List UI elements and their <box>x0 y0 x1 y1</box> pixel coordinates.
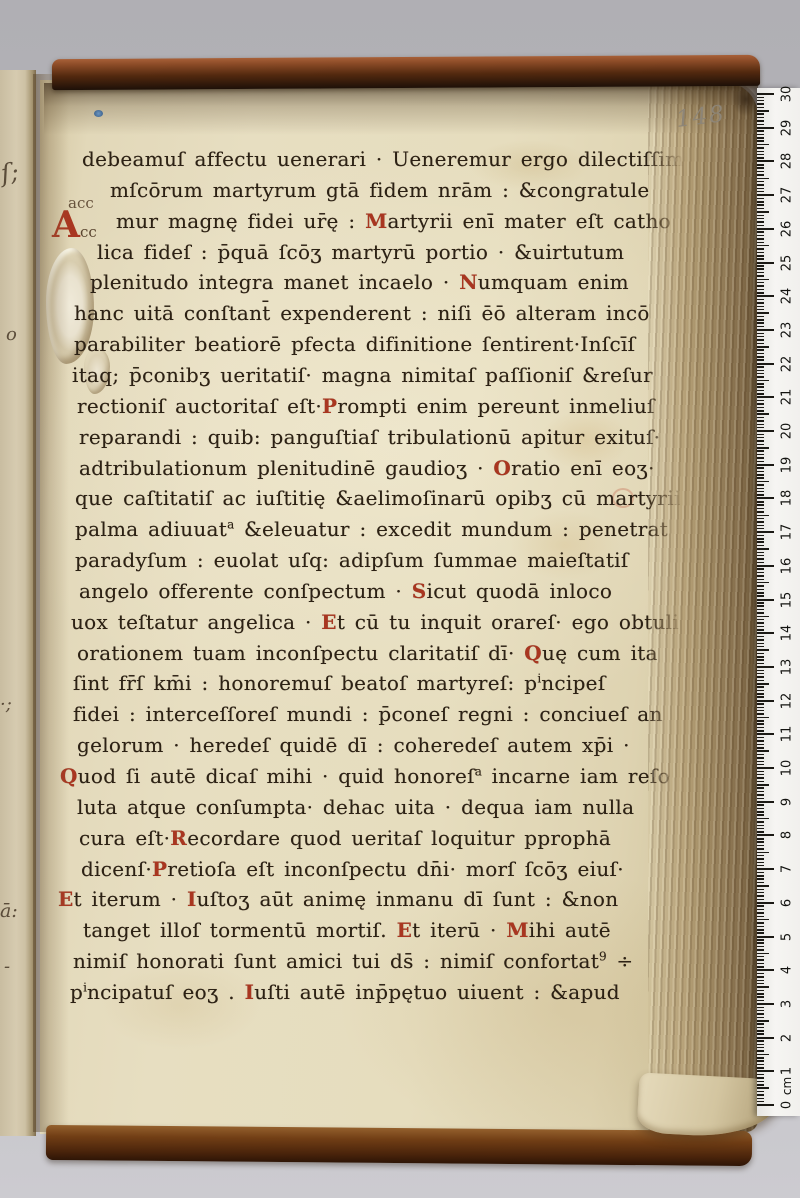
text-segment: paradyſum : euolat uſq: adipſum ſummae m… <box>75 548 629 572</box>
ruler-tick <box>757 130 764 132</box>
ruler-tick <box>757 916 764 918</box>
ruler-tick <box>757 646 764 648</box>
ruler-tick <box>757 319 764 321</box>
ruler-tick <box>757 272 764 274</box>
ruler-tick <box>757 184 764 186</box>
ruler-tick <box>757 1091 764 1093</box>
ruler-number: 5 <box>780 932 795 940</box>
ruler-tick <box>757 1094 764 1096</box>
ruler-tick <box>757 1098 764 1100</box>
ruler-tick <box>757 771 764 773</box>
ruler-tick <box>757 649 769 651</box>
ruler-tick <box>757 403 764 405</box>
ruler-tick <box>757 629 764 631</box>
ruler-tick <box>757 612 764 614</box>
ruler-tick <box>757 932 764 934</box>
ruler-tick <box>757 541 764 543</box>
ruler-tick <box>757 1007 764 1009</box>
manuscript-line-2: mſcōrum martyrum gtā fidem nrām : &congr… <box>110 178 649 202</box>
manuscript-line-26: tanget illoſ tormentū mortiſ. Et iterū ·… <box>83 918 611 942</box>
ruler-tick <box>757 798 764 800</box>
ruler-number: 20 <box>780 423 795 440</box>
ruler-tick <box>757 147 764 149</box>
rubric-initial: I <box>187 887 197 911</box>
ruler-tick <box>757 390 764 392</box>
ruler-tick <box>757 201 764 203</box>
ruler-tick <box>757 157 764 159</box>
ruler-tick <box>757 825 764 827</box>
ruler-number: 7 <box>780 865 795 873</box>
text-segment: uod ſi autē dicaſ mihi · quid honoreſ <box>78 764 475 788</box>
ruler-tick <box>757 386 764 388</box>
ruler-tick <box>757 643 764 645</box>
ruler-tick <box>757 973 764 975</box>
ruler-tick <box>757 804 764 806</box>
ruler-tick <box>757 653 764 655</box>
ruler-tick <box>757 1010 764 1012</box>
ruler-tick <box>757 248 764 250</box>
ruler-tick <box>757 750 769 752</box>
ruler-number: 28 <box>780 153 795 170</box>
measuring-ruler: 0123456789101112131415161718192021222324… <box>757 88 800 1116</box>
ruler-tick <box>757 1104 774 1106</box>
ruler-tick <box>757 595 764 597</box>
ruler-tick <box>757 639 764 641</box>
ruler-tick <box>757 602 764 604</box>
ruler-tick <box>757 339 764 341</box>
text-segment: hanc uitā conſtant̄ expenderent : niſi ē… <box>74 301 650 325</box>
ruler-tick <box>757 117 764 119</box>
ruler-tick <box>757 1060 764 1062</box>
ruler-tick <box>757 909 764 911</box>
ruler-tick <box>757 781 764 783</box>
ruler-tick <box>757 953 769 955</box>
ruler-tick <box>757 312 769 314</box>
ruler-tick <box>757 127 774 129</box>
ruler-tick <box>757 787 764 789</box>
ruler-tick <box>757 225 764 227</box>
ruler-tick <box>757 926 764 928</box>
ruler-tick <box>757 245 769 247</box>
ruler-tick <box>757 626 764 628</box>
rubric-initial: P <box>322 394 337 418</box>
ruler-tick <box>757 477 764 479</box>
ruler-tick <box>757 268 764 270</box>
text-segment: itaq; p̄conibʒ ueritatiſ· magna nimitaſ … <box>72 363 653 387</box>
ruler-tick <box>757 723 764 725</box>
ruler-tick <box>757 1084 764 1086</box>
ruler-tick <box>757 1040 764 1042</box>
ruler-tick <box>757 882 764 884</box>
text-segment: ncipeſ <box>541 671 605 695</box>
manuscript-line-7: parabiliter beatiorē pfecta difinitione … <box>74 332 635 356</box>
manuscript-line-11: adtribulationum plenitudinē gaudioʒ · Or… <box>79 456 655 480</box>
ruler-number: 6 <box>780 899 795 907</box>
ruler-tick <box>757 862 764 864</box>
ruler-tick <box>757 939 764 941</box>
ruler-tick <box>757 343 764 345</box>
ruler-tick <box>757 454 764 456</box>
ruler-tick <box>757 686 764 688</box>
ruler-tick <box>757 393 764 395</box>
ruler-tick <box>757 636 764 638</box>
ruler-tick <box>757 841 764 843</box>
ruler-tick <box>757 834 774 836</box>
gutter-shadow <box>33 74 69 1132</box>
ruler-tick <box>757 97 764 99</box>
ruler-tick <box>757 484 764 486</box>
ruler-tick <box>757 818 769 820</box>
ruler-tick <box>757 174 764 176</box>
manuscript-line-19: fidei : interceſſoreſ mundi : p̄coneſ re… <box>73 702 663 726</box>
ruler-tick <box>757 545 764 547</box>
ruler-tick <box>757 467 764 469</box>
manuscript-line-9: rectioniſ auctoritaſ eſt·Prompti enim pe… <box>77 394 655 418</box>
text-segment: orationem tuam inconſpectu claritatiſ dī… <box>77 641 524 665</box>
text-segment: icut quodā inloco <box>427 579 613 603</box>
ruler-tick <box>757 285 764 287</box>
ruler-tick <box>757 990 764 992</box>
ruler-tick <box>757 872 764 874</box>
text-segment: umquam enim <box>478 270 629 294</box>
ruler-number: 11 <box>780 726 795 743</box>
ruler-tick <box>757 457 764 459</box>
ruler-tick <box>757 228 774 230</box>
text-segment: t iterum · <box>74 887 187 911</box>
ruler-tick <box>757 346 769 348</box>
ruler-tick <box>757 548 769 550</box>
ruler-tick <box>757 1047 764 1049</box>
ruler-tick <box>757 963 764 965</box>
ruler-number: 24 <box>780 288 795 305</box>
ruler-tick <box>757 396 774 398</box>
ruler-tick <box>757 754 764 756</box>
ruler-number: 15 <box>780 591 795 608</box>
ruler-number: 22 <box>780 355 795 372</box>
ruler-tick <box>757 794 764 796</box>
ruler-tick <box>757 1077 764 1079</box>
ruler-tick <box>757 221 764 223</box>
ruler-tick <box>757 733 774 735</box>
ruler-tick <box>757 160 774 162</box>
ruler-tick <box>757 198 764 200</box>
ruler-tick <box>757 164 764 166</box>
text-segment: uſtoʒ aūt animę inmanu dī ſunt : &non <box>197 887 619 911</box>
ruler-tick <box>757 447 769 449</box>
ruler-tick <box>757 976 764 978</box>
ruler-tick <box>757 1054 769 1056</box>
ruler-tick <box>757 696 764 698</box>
manuscript-line-18: ſint fr̄ſ km̄i : honoremuſ beatoſ martyr… <box>73 671 606 695</box>
ruler-number: 17 <box>780 524 795 541</box>
ruler-tick <box>757 103 764 105</box>
ruler-tick <box>757 124 764 126</box>
manuscript-line-20: gelorum · heredeſ quidē dī : coheredeſ a… <box>77 733 630 757</box>
manuscript-line-25: Et iterum · Iuſtoʒ aūt animę inmanu dī ſ… <box>58 887 618 911</box>
ruler-tick <box>757 275 764 277</box>
ruler-tick <box>757 1064 764 1066</box>
text-segment: adtribulationum plenitudinē gaudioʒ · <box>79 456 493 480</box>
ruler-tick <box>757 717 769 719</box>
ruler-tick <box>757 430 774 432</box>
ruler-tick <box>757 265 764 267</box>
ruler-tick <box>757 656 764 658</box>
ruler-number: 21 <box>780 389 795 406</box>
fore-edge-page-stack <box>648 82 758 1132</box>
text-segment: parabiliter beatiorē pfecta difinitione … <box>74 332 635 356</box>
ruler-tick <box>757 1017 764 1019</box>
ruler-tick <box>757 838 764 840</box>
ruler-tick <box>757 316 764 318</box>
ruler-tick <box>757 858 764 860</box>
text-segment: uox teſtatur angelica · <box>71 610 321 634</box>
manuscript-line-4: lica fideſ : p̄quā ſcōʒ martyrū portio ·… <box>97 240 624 264</box>
rubric-initial: M <box>506 918 528 942</box>
ruler-tick <box>757 986 769 988</box>
ruler-tick <box>757 899 764 901</box>
ruler-tick <box>757 969 774 971</box>
ruler-tick <box>757 552 764 554</box>
text-segment: debeamuſ affectu uenerari · Ueneremur er… <box>82 147 691 171</box>
ruler-tick <box>757 1003 774 1005</box>
ruler-tick <box>757 188 764 190</box>
ruler-tick <box>757 292 764 294</box>
manuscript-line-27: nimiſ honorati ſunt amici tui ds̄ : nimi… <box>73 949 633 973</box>
ruler-tick <box>757 589 764 591</box>
ruler-tick <box>757 424 764 426</box>
ruler-tick <box>757 302 764 304</box>
ruler-tick <box>757 434 764 436</box>
ruler-tick <box>757 171 764 173</box>
text-segment: que caſtitatiſ ac iuſtitię &aelimoſinarū… <box>75 486 681 510</box>
ruler-tick <box>757 1044 764 1046</box>
ruler-tick <box>757 366 764 368</box>
ruler-number: 9 <box>780 798 795 806</box>
ruler-tick <box>757 946 764 948</box>
ruler-tick <box>757 889 764 891</box>
ruler-tick <box>757 471 764 473</box>
ruler-number: 8 <box>780 831 795 839</box>
manuscript-line-10: reparandi : quib: panguſtiaſ tribulation… <box>79 425 660 449</box>
ruler-tick <box>757 929 764 931</box>
ruler-tick <box>757 370 764 372</box>
ruler-tick <box>757 218 764 220</box>
ruler-tick <box>757 690 764 692</box>
ruler-tick <box>757 231 764 233</box>
ruler-tick <box>757 1000 764 1002</box>
ruler-tick <box>757 518 764 520</box>
text-segment: luta atque conſumpta· dehac uita · dequa… <box>77 795 634 819</box>
ruler-tick <box>757 737 764 739</box>
ruler-tick <box>757 437 764 439</box>
ruler-number: 26 <box>780 221 795 238</box>
ruler-number: 3 <box>780 1000 795 1008</box>
text-segment: retioſa eſt inconſpectu dn̄i· morſ ſcōʒ … <box>167 857 624 881</box>
ruler-tick <box>757 1057 764 1059</box>
ruler-tick <box>757 137 764 139</box>
text-segment: fidei : interceſſoreſ mundi : p̄coneſ re… <box>73 702 663 726</box>
ruler-tick <box>757 255 764 257</box>
ruler-tick <box>757 983 764 985</box>
ruler-tick <box>757 710 764 712</box>
ruler-tick <box>757 609 764 611</box>
book-bottom-binding-edge <box>46 1125 752 1166</box>
ruler-tick <box>757 579 764 581</box>
ruler-tick <box>757 1027 764 1029</box>
rubric-initial: S <box>412 579 427 603</box>
manuscript-line-5: plenitudo integra manet incaelo · Numqua… <box>90 270 629 294</box>
manuscript-line-16: uox teſtatur angelica · Et cū tu inquit … <box>71 610 679 634</box>
ruler-tick <box>757 585 764 587</box>
ruler-tick <box>757 410 764 412</box>
facing-page-ink-fragment: ſ; <box>0 157 21 188</box>
ruler-tick <box>757 444 764 446</box>
ruler-tick <box>757 167 764 169</box>
ruler-tick <box>757 494 764 496</box>
rubric-initial: M <box>365 209 387 233</box>
ruler-number: 14 <box>780 625 795 642</box>
ruler-number: 2 <box>780 1033 795 1041</box>
ruler-tick <box>757 491 764 493</box>
ruler-tick <box>757 93 774 95</box>
ruler-tick <box>757 1081 764 1083</box>
ruler-tick <box>757 619 764 621</box>
ruler-tick <box>757 1023 764 1025</box>
ruler-number: 1 <box>780 1067 795 1075</box>
ruler-tick <box>757 450 764 452</box>
manuscript-page: acc Acc debeamuſ affectu uenerari · Uene… <box>40 80 695 1134</box>
ruler-tick <box>757 845 764 847</box>
ruler-tick <box>757 720 764 722</box>
ruler-tick <box>757 194 774 196</box>
ruler-tick <box>757 902 774 904</box>
ruler-tick <box>757 336 764 338</box>
ruler-tick <box>757 258 764 260</box>
ruler-tick <box>757 1101 764 1103</box>
ruler-tick <box>757 747 764 749</box>
ruler-tick <box>757 511 764 513</box>
text-segment: uſti autē inp̄pętuo uiuent : &apud <box>254 980 620 1004</box>
ruler-tick <box>757 767 774 769</box>
ruler-tick <box>757 289 764 291</box>
rubric-initial: E <box>397 918 413 942</box>
ruler-tick <box>757 353 764 355</box>
ruler-tick <box>757 727 764 729</box>
ruler-tick <box>757 400 764 402</box>
ruler-tick <box>757 1087 769 1089</box>
ruler-tick <box>757 555 764 557</box>
ruler-tick <box>757 616 769 618</box>
ruler-tick <box>757 481 769 483</box>
ruler-tick <box>757 464 774 466</box>
rubric-initial: Q <box>524 641 542 665</box>
ruler-tick <box>757 282 764 284</box>
margin-note-rest: cc <box>80 223 97 241</box>
ruler-tick <box>757 919 769 921</box>
ruler-tick <box>757 380 769 382</box>
ruler-tick <box>757 235 764 237</box>
ruler-tick <box>757 262 774 264</box>
ruler-number: 27 <box>780 187 795 204</box>
text-segment: palma adiuuat <box>75 517 227 541</box>
ruler-tick <box>757 474 764 476</box>
ruler-number: 19 <box>780 456 795 473</box>
text-segment: t iterū · <box>412 918 506 942</box>
ruler-tick <box>757 329 774 331</box>
stain <box>100 960 260 1050</box>
ruler-tick <box>757 565 774 567</box>
ruler-tick <box>757 912 764 914</box>
ruler-tick <box>757 852 769 854</box>
rubric-initial: P <box>152 857 167 881</box>
manuscript-line-8: itaq; p̄conibʒ ueritatiſ· magna nimitaſ … <box>72 363 653 387</box>
ruler-tick <box>757 151 764 153</box>
ruler-tick <box>757 363 774 365</box>
ruler-number: 10 <box>780 760 795 777</box>
ruler-tick <box>757 1050 764 1052</box>
ruler-tick <box>757 814 764 816</box>
ruler-tick <box>757 996 764 998</box>
manuscript-line-3: mur magnę fidei ur̄ę : Martyrii enī mate… <box>116 209 671 233</box>
rubric-initial: I <box>245 980 255 1004</box>
ruler-number: 13 <box>780 659 795 676</box>
superscript-abbreviation: a <box>475 764 482 778</box>
ruler-tick <box>757 504 764 506</box>
text-segment: angelo offerente conſpectum · <box>79 579 412 603</box>
ruler-tick <box>757 740 764 742</box>
manuscript-line-17: orationem tuam inconſpectu claritatiſ dī… <box>77 641 658 665</box>
ruler-tick <box>757 113 764 115</box>
ruler-tick <box>757 407 764 409</box>
manuscript-photo: ſ;o·;ā:- acc Acc debeamuſ affectu uenera… <box>0 0 800 1198</box>
ruler-tick <box>757 349 764 351</box>
ruler-tick <box>757 821 764 823</box>
manuscript-line-22: luta atque conſumpta· dehac uita · dequa… <box>77 795 634 819</box>
blue-thread-speck <box>94 110 103 117</box>
ruler-tick <box>757 811 764 813</box>
ruler-tick <box>757 730 764 732</box>
ruler-tick <box>757 521 764 523</box>
text-segment: reparandi : quib: panguſtiaſ tribulation… <box>79 425 660 449</box>
ruler-tick <box>757 774 764 776</box>
ruler-tick <box>757 558 764 560</box>
text-segment: plenitudo integra manet incaelo · <box>90 270 459 294</box>
text-segment: ratio enī eoʒ· <box>511 456 655 480</box>
manuscript-line-13: palma adiuuata &eleuatur : excedit mundu… <box>75 517 668 541</box>
ruler-tick <box>757 1033 764 1035</box>
ruler-tick <box>757 1013 764 1015</box>
ruler-tick <box>757 949 764 951</box>
text-segment: ſint fr̄ſ km̄i : honoremuſ beatoſ martyr… <box>73 671 537 695</box>
rubric-initial: N <box>459 270 478 294</box>
ruler-tick <box>757 942 764 944</box>
ruler-tick <box>757 508 764 510</box>
ruler-tick <box>757 777 764 779</box>
ruler-tick <box>757 575 764 577</box>
manuscript-line-24: dicenſ·Pretioſa eſt inconſpectu dn̄i· mo… <box>81 857 624 881</box>
ruler-tick <box>757 204 764 206</box>
ruler-tick <box>757 440 764 442</box>
ruler-tick <box>757 761 764 763</box>
ruler-tick <box>757 461 764 463</box>
text-segment: ÷ <box>607 949 634 973</box>
text-segment: lica fideſ : p̄quā ſcōʒ martyrū portio ·… <box>97 240 624 264</box>
ruler-tick <box>757 238 764 240</box>
superscript-abbreviation: 9 <box>599 949 607 963</box>
ruler-tick <box>757 515 769 517</box>
ruler-tick <box>757 572 764 574</box>
ruler-number: 29 <box>780 119 795 136</box>
